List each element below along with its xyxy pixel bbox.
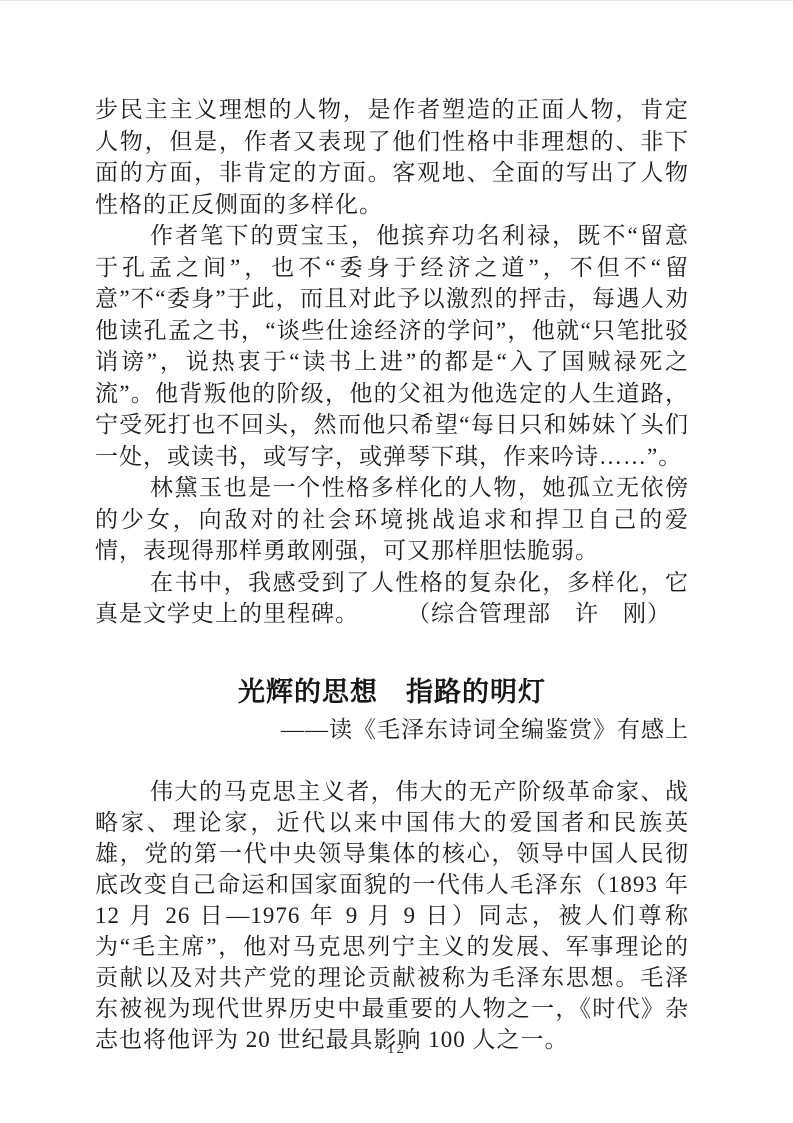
paragraph-conclusion: 在书中，我感受到了人性格的复杂化，多样化，它真是文学史上的里程碑。 （综合管理部… xyxy=(95,567,689,630)
paragraph-continuation: 步民主主义理想的人物，是作者塑造的正面人物，肯定人物，但是，作者又表现了他们性格… xyxy=(95,94,689,220)
page-number: 12 xyxy=(0,1041,793,1058)
page-content: 步民主主义理想的人物，是作者塑造的正面人物，肯定人物，但是，作者又表现了他们性格… xyxy=(95,94,689,1055)
document-page: 步民主主义理想的人物，是作者塑造的正面人物，肯定人物，但是，作者又表现了他们性格… xyxy=(0,0,793,1123)
article-title: 光辉的思想 指路的明灯 xyxy=(95,674,689,710)
paragraph-mao-intro: 伟大的马克思主义者，伟大的无产阶级革命家、战略家、理论家，近代以来中国伟大的爱国… xyxy=(95,776,689,1055)
paragraph-lin-daiyu: 林黛玉也是一个性格多样化的人物，她孤立无依傍的少女，向敌对的社会环境挑战追求和捍… xyxy=(95,472,689,567)
previous-article-continuation: 步民主主义理想的人物，是作者塑造的正面人物，肯定人物，但是，作者又表现了他们性格… xyxy=(95,94,689,630)
author-attribution: （综合管理部 许 刚） xyxy=(352,598,671,630)
article-body: 伟大的马克思主义者，伟大的无产阶级革命家、战略家、理论家，近代以来中国伟大的爱国… xyxy=(95,776,689,1055)
next-article: 光辉的思想 指路的明灯 ——读《毛泽东诗词全编鉴赏》有感上 伟大的马克思主义者，… xyxy=(95,674,689,1056)
article-subtitle: ——读《毛泽东诗词全编鉴赏》有感上 xyxy=(95,714,689,746)
paragraph-jia-baoyu: 作者笔下的贾宝玉，他摈弃功名利禄，既不“留意于孔孟之间”，也不“委身于经济之道”… xyxy=(95,220,689,472)
